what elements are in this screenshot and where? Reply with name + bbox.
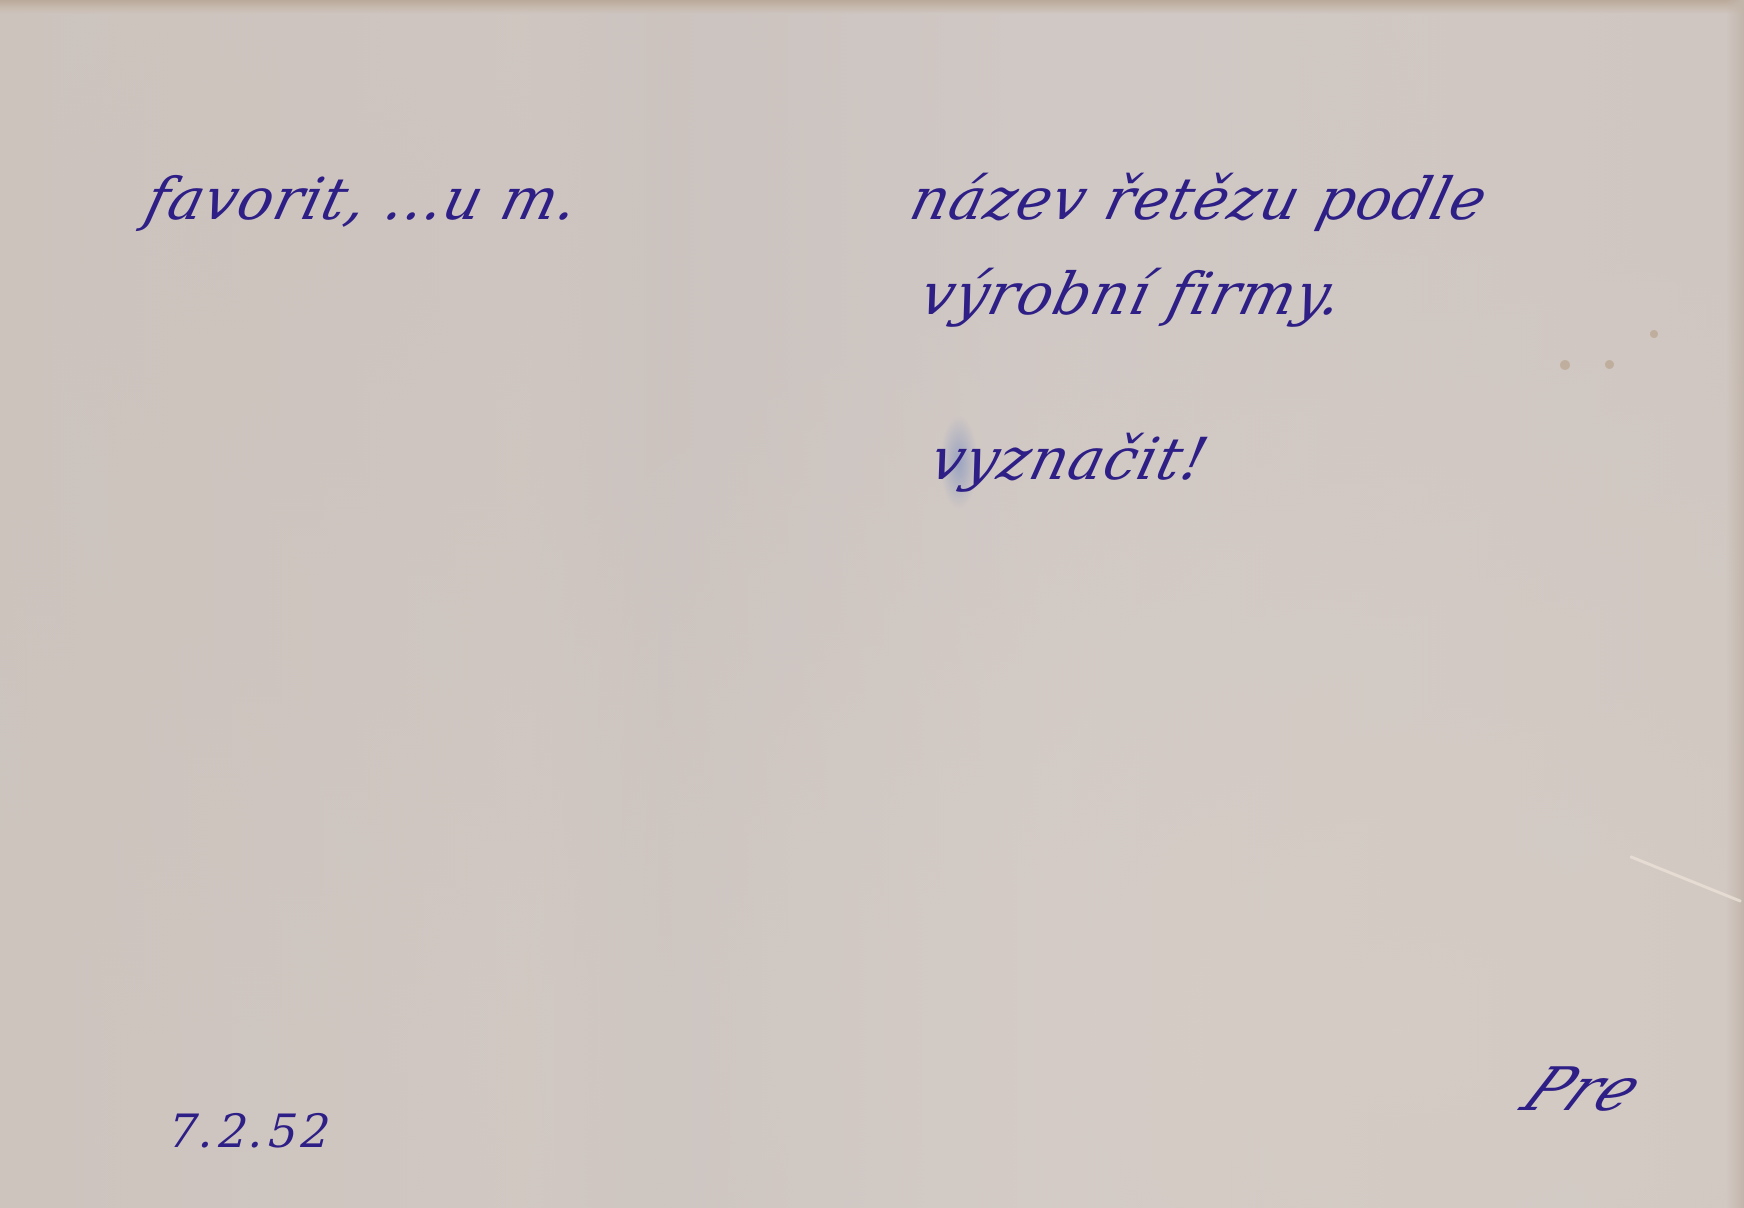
paper-stain (1650, 330, 1658, 338)
note-signature: Pre (1512, 1060, 1654, 1120)
note-right-line-3: vyznačit! (925, 430, 1214, 488)
paper-stain (1605, 360, 1614, 369)
note-right-line-2: výrobní firmy. (915, 265, 1349, 323)
paper-right-edge (1726, 0, 1744, 1208)
paper-crease (1629, 855, 1741, 903)
paper-top-edge (0, 0, 1744, 14)
scanned-note-page: favorit, ...u m. název řetězu podle výro… (0, 0, 1744, 1208)
paper-stain (1560, 360, 1570, 370)
note-date: 7.2.52 (163, 1108, 339, 1154)
note-left-line-1: favorit, ...u m. (140, 170, 585, 228)
note-right-line-1: název řetězu podle (905, 170, 1494, 228)
